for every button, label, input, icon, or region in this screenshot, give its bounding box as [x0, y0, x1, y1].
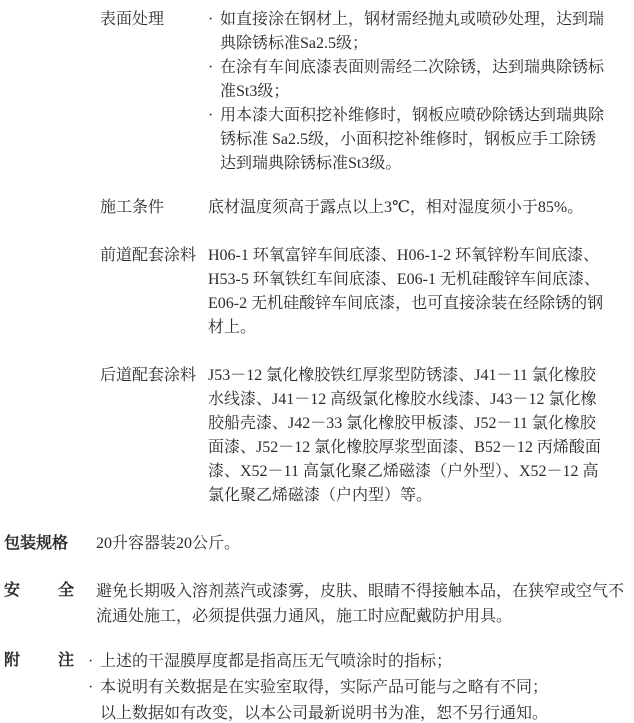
text-line: 面漆、J52－12 氯化橡胶厚浆型面漆、B52－12 丙烯酸面 — [208, 436, 632, 460]
bullet-item: · 如直接涂在钢材上，钢材需经抛丸或喷砂处理，达到瑞 典除锈标准Sa2.5级； — [208, 8, 632, 56]
text-line: 典除锈标准Sa2.5级； — [220, 32, 604, 56]
text-line: 漆、X52－11 高氯化聚乙烯磁漆（户外型）、X52－12 高 — [208, 460, 632, 484]
bullet-item: · 本说明有关数据是在实验室取得，实际产品可能与之略有不同； 以上数据如有改变，… — [88, 675, 628, 723]
text-line: 达到瑞典除锈标准St3级。 — [220, 152, 604, 176]
bullet-lines: 上述的干湿膜厚度都是指高压无气喷涂时的指标； — [100, 649, 452, 675]
text-line: 上述的干湿膜厚度都是指高压无气喷涂时的指标； — [100, 649, 452, 675]
label-char: 安 — [4, 579, 20, 603]
section-content: 底材温度须高于露点以上3℃，相对湿度须小于85%。 — [208, 196, 632, 220]
text-line: H53-5 环氧铁红车间底漆、E06-1 无机硅酸锌车间底漆、 — [208, 268, 632, 292]
text-line: 以上数据如有改变，以本公司最新说明书为准，恕不另行通知。 — [100, 701, 548, 723]
section-previous-coats: 前道配套涂料 H06-1 环氧富锌车间底漆、H06-1-2 环氧锌粉车间底漆、 … — [0, 244, 632, 340]
bullet-icon: · — [208, 56, 220, 80]
text-line: 避免长期吸入溶剂蒸汽或漆雾，皮肤、眼睛不得接触本品，在狭窄或空气不 — [96, 579, 628, 604]
section-content: · 如直接涂在钢材上，钢材需经抛丸或喷砂处理，达到瑞 典除锈标准Sa2.5级； … — [208, 8, 632, 176]
section-label: 安 全 — [4, 579, 74, 603]
text-line: 水线漆、J41－12 高级氯化橡胶水线漆、J43－12 氯化橡 — [208, 388, 632, 412]
label-char: 附 — [4, 649, 20, 673]
text-line: 如直接涂在钢材上，钢材需经抛丸或喷砂处理，达到瑞 — [220, 8, 604, 32]
bullet-item: · 用本漆大面积挖补维修时，钢板应喷砂除锈达到瑞典除 锈标准 Sa2.5级，小面… — [208, 104, 632, 176]
text-line: 20升容器装20公斤。 — [96, 532, 628, 556]
section-content: H06-1 环氧富锌车间底漆、H06-1-2 环氧锌粉车间底漆、 H53-5 环… — [208, 244, 632, 340]
label-char: 全 — [58, 579, 74, 603]
text-line: E06-2 无机硅酸锌车间底漆，也可直接涂装在经除锈的钢 — [208, 292, 632, 316]
section-content: 避免长期吸入溶剂蒸汽或漆雾，皮肤、眼睛不得接触本品，在狭窄或空气不 流通处施工，… — [96, 579, 628, 629]
section-subsequent-coats: 后道配套涂料 J53－12 氯化橡胶铁红厚浆型防锈漆、J41－11 氯化橡胶 水… — [0, 364, 632, 508]
section-label: 包装规格 — [4, 532, 74, 556]
text-line: 用本漆大面积挖补维修时，钢板应喷砂除锈达到瑞典除 — [220, 104, 604, 128]
section-label: 附 注 — [4, 649, 74, 673]
bullet-lines: 如直接涂在钢材上，钢材需经抛丸或喷砂处理，达到瑞 典除锈标准Sa2.5级； — [220, 8, 604, 56]
bullet-lines: 在涂有车间底漆表面则需经二次除锈，达到瑞典除锈标 准St3级； — [220, 56, 604, 104]
section-content: · 上述的干湿膜厚度都是指高压无气喷涂时的指标； · 本说明有关数据是在实验室取… — [96, 649, 628, 723]
section-label: 表面处理 — [100, 8, 208, 32]
section-content: 20升容器装20公斤。 — [96, 532, 628, 556]
text-line: 本说明有关数据是在实验室取得，实际产品可能与之略有不同； — [100, 675, 548, 701]
bullet-icon: · — [88, 649, 100, 675]
text-line: 氯化聚乙烯磁漆（户内型）等。 — [208, 484, 632, 508]
section-label: 施工条件 — [100, 196, 208, 220]
text-line: H06-1 环氧富锌车间底漆、H06-1-2 环氧锌粉车间底漆、 — [208, 244, 632, 268]
bullet-icon: · — [88, 675, 100, 701]
section-content: J53－12 氯化橡胶铁红厚浆型防锈漆、J41－11 氯化橡胶 水线漆、J41－… — [208, 364, 632, 508]
section-label: 后道配套涂料 — [100, 364, 208, 388]
bullet-item: · 在涂有车间底漆表面则需经二次除锈，达到瑞典除锈标 准St3级； — [208, 56, 632, 104]
section-application-conditions: 施工条件 底材温度须高于露点以上3℃，相对湿度须小于85%。 — [0, 196, 632, 220]
bullet-lines: 本说明有关数据是在实验室取得，实际产品可能与之略有不同； 以上数据如有改变，以本… — [100, 675, 548, 723]
bullet-lines: 用本漆大面积挖补维修时，钢板应喷砂除锈达到瑞典除 锈标准 Sa2.5级，小面积挖… — [220, 104, 604, 176]
bullet-icon: · — [208, 104, 220, 128]
text-line: 流通处施工，必须提供强力通风，施工时应配戴防护用具。 — [96, 604, 628, 629]
text-line: 底材温度须高于露点以上3℃，相对湿度须小于85%。 — [208, 196, 632, 220]
text-line: 准St3级； — [220, 80, 604, 104]
section-notes: 附 注 · 上述的干湿膜厚度都是指高压无气喷涂时的指标； · 本说明有关数据是在… — [0, 649, 628, 723]
text-line: 材上。 — [208, 316, 632, 340]
section-packaging: 包装规格 20升容器装20公斤。 — [0, 532, 628, 556]
label-char: 注 — [58, 649, 74, 673]
datasheet-page: 表面处理 · 如直接涂在钢材上，钢材需经抛丸或喷砂处理，达到瑞 典除锈标准Sa2… — [0, 0, 634, 723]
text-line: J53－12 氯化橡胶铁红厚浆型防锈漆、J41－11 氯化橡胶 — [208, 364, 632, 388]
text-line: 锈标准 Sa2.5级，小面积挖补维修时，钢板应手工除锈 — [220, 128, 604, 152]
section-surface-treatment: 表面处理 · 如直接涂在钢材上，钢材需经抛丸或喷砂处理，达到瑞 典除锈标准Sa2… — [0, 8, 632, 176]
section-label: 前道配套涂料 — [100, 244, 208, 268]
text-line: 胶船壳漆、J42－33 氯化橡胶甲板漆、J52－11 氯化橡胶 — [208, 412, 632, 436]
bullet-item: · 上述的干湿膜厚度都是指高压无气喷涂时的指标； — [88, 649, 628, 675]
section-safety: 安 全 避免长期吸入溶剂蒸汽或漆雾，皮肤、眼睛不得接触本品，在狭窄或空气不 流通… — [0, 579, 628, 629]
bullet-icon: · — [208, 8, 220, 32]
text-line: 在涂有车间底漆表面则需经二次除锈，达到瑞典除锈标 — [220, 56, 604, 80]
